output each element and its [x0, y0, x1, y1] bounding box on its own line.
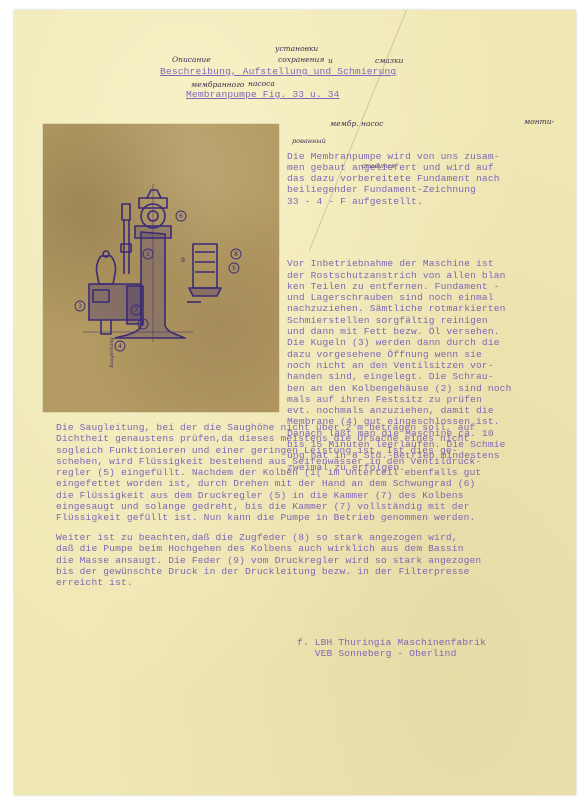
- text-line: 33 - 4 - F aufgestellt.: [287, 196, 511, 207]
- svg-text:6: 6: [179, 213, 183, 220]
- text-line: regler (5) eingefüllt. Nachdem der Kolbe…: [56, 467, 481, 478]
- svg-text:7: 7: [134, 307, 138, 314]
- text-line: ken Teilen zu entfernen. Fundament -: [287, 281, 511, 292]
- svg-text:3: 3: [78, 303, 82, 310]
- text-line: eingefettet worden ist, durch Drehen mit…: [56, 478, 481, 489]
- handwritten-annotation: сохранения: [278, 55, 324, 64]
- handwritten-annotation: и: [328, 56, 333, 65]
- text-line: Schmierstellen sorgfältig reinigen: [287, 315, 511, 326]
- text-line: das dazu vorbereitete Fundament nach: [287, 173, 511, 184]
- text-line: Dichtheit genaustens prüfen,da dieses me…: [56, 433, 481, 444]
- text-line: Die Kugeln (3) werden dann durch die: [287, 337, 511, 348]
- svg-text:9: 9: [181, 257, 185, 264]
- paragraph-spring-adjustment: Weiter ist zu beachten,daß die Zugfeder …: [56, 532, 481, 588]
- text-line: dazu vorgesehene Öffnung wenn sie: [287, 349, 511, 360]
- text-line: und dann mit Fett bezw. Öl versehen.: [287, 326, 511, 337]
- text-line: eingesaugt und solange gedreht, bis die …: [56, 501, 481, 512]
- text-line: sogleich Funktionieren und einer geringe…: [56, 445, 481, 456]
- text-line: erreicht ist.: [56, 577, 481, 588]
- handwritten-annotation: смазки: [375, 56, 403, 65]
- text-line: noch nicht an den Ventilsitzen vor-: [287, 360, 511, 371]
- paragraph-suction-line: Die Saugleitung, bei der die Saughöhe ni…: [56, 422, 481, 524]
- paragraph-delivery: Die Membranpumpe wird von uns zusam-men …: [287, 151, 511, 207]
- svg-text:Saugleitung: Saugleitung: [109, 337, 115, 368]
- svg-text:2: 2: [141, 321, 145, 328]
- text-line: Weiter ist zu beachten,daß die Zugfeder …: [56, 532, 481, 543]
- text-line: evt. nochmals anzuziehen, damit die: [287, 405, 511, 416]
- handwritten-annotation: мембранного: [191, 80, 244, 89]
- svg-text:4: 4: [118, 343, 122, 350]
- svg-text:1: 1: [146, 251, 150, 258]
- membrane-pump-drawing: 6 1 8 5 3 7 2 4 9 Saugleitung: [43, 124, 279, 412]
- handwritten-annotation: монти-: [524, 117, 554, 126]
- text-line: und Lagerschrauben sind noch einmal: [287, 292, 511, 303]
- text-line: men gebaut angeliefert und wird auf: [287, 162, 511, 173]
- signature-block: f. LBH Thuringia Maschinenfabrik VEB Son…: [297, 637, 486, 660]
- handwritten-annotation: установки: [275, 44, 318, 53]
- document-subtitle: Membranpumpe Fig. 33 u. 34: [186, 89, 340, 100]
- text-line: die Masse ansaugt. Die Feder (9) vom Dru…: [56, 555, 481, 566]
- text-line: bis der gewünschte Druck in der Drucklei…: [56, 566, 481, 577]
- svg-text:5: 5: [232, 265, 236, 272]
- svg-text:8: 8: [234, 251, 238, 258]
- pump-drawing-figure: 6 1 8 5 3 7 2 4 9 Saugleitung: [43, 124, 279, 412]
- text-line: Vor Inbetriebnahme der Maschine ist: [287, 258, 511, 269]
- text-line: schehen, wird Flüssigkeit bestehend aus …: [56, 456, 481, 467]
- text-line: die Flüssigkeit aus dem Druckregler (5) …: [56, 490, 481, 501]
- text-line: ben an den Kolbengehäuse (2) sind noch: [287, 383, 511, 394]
- text-line: der Rostschutzanstrich von allen blan: [287, 270, 511, 281]
- text-line: Die Membranpumpe wird von uns zusam-: [287, 151, 511, 162]
- text-line: nachzuziehen. Sämtliche rotmarkierten: [287, 303, 511, 314]
- signature-line: f. LBH Thuringia Maschinenfabrik: [297, 637, 486, 648]
- text-line: handen sind, eingelegt. Die Schrau-: [287, 371, 511, 382]
- text-line: daß die Pumpe beim Hochgehen des Kolbens…: [56, 543, 481, 554]
- text-line: beiliegender Fundament-Zeichnung: [287, 184, 511, 195]
- handwritten-annotation: мембр. насос: [330, 119, 383, 128]
- text-line: Die Saugleitung, bei der die Saughöhe ni…: [56, 422, 481, 433]
- document-title: Beschreibung, Aufstellung und Schmierung: [160, 66, 396, 77]
- text-line: mals auf ihren Festsitz zu prüfen: [287, 394, 511, 405]
- handwritten-annotation: насоса: [248, 79, 275, 88]
- text-line: Flüssigkeit gefüllt ist. Nun kann die Pu…: [56, 512, 481, 523]
- signature-line: VEB Sonneberg - Oberlind: [297, 648, 486, 659]
- handwritten-annotation: Описание: [172, 55, 211, 64]
